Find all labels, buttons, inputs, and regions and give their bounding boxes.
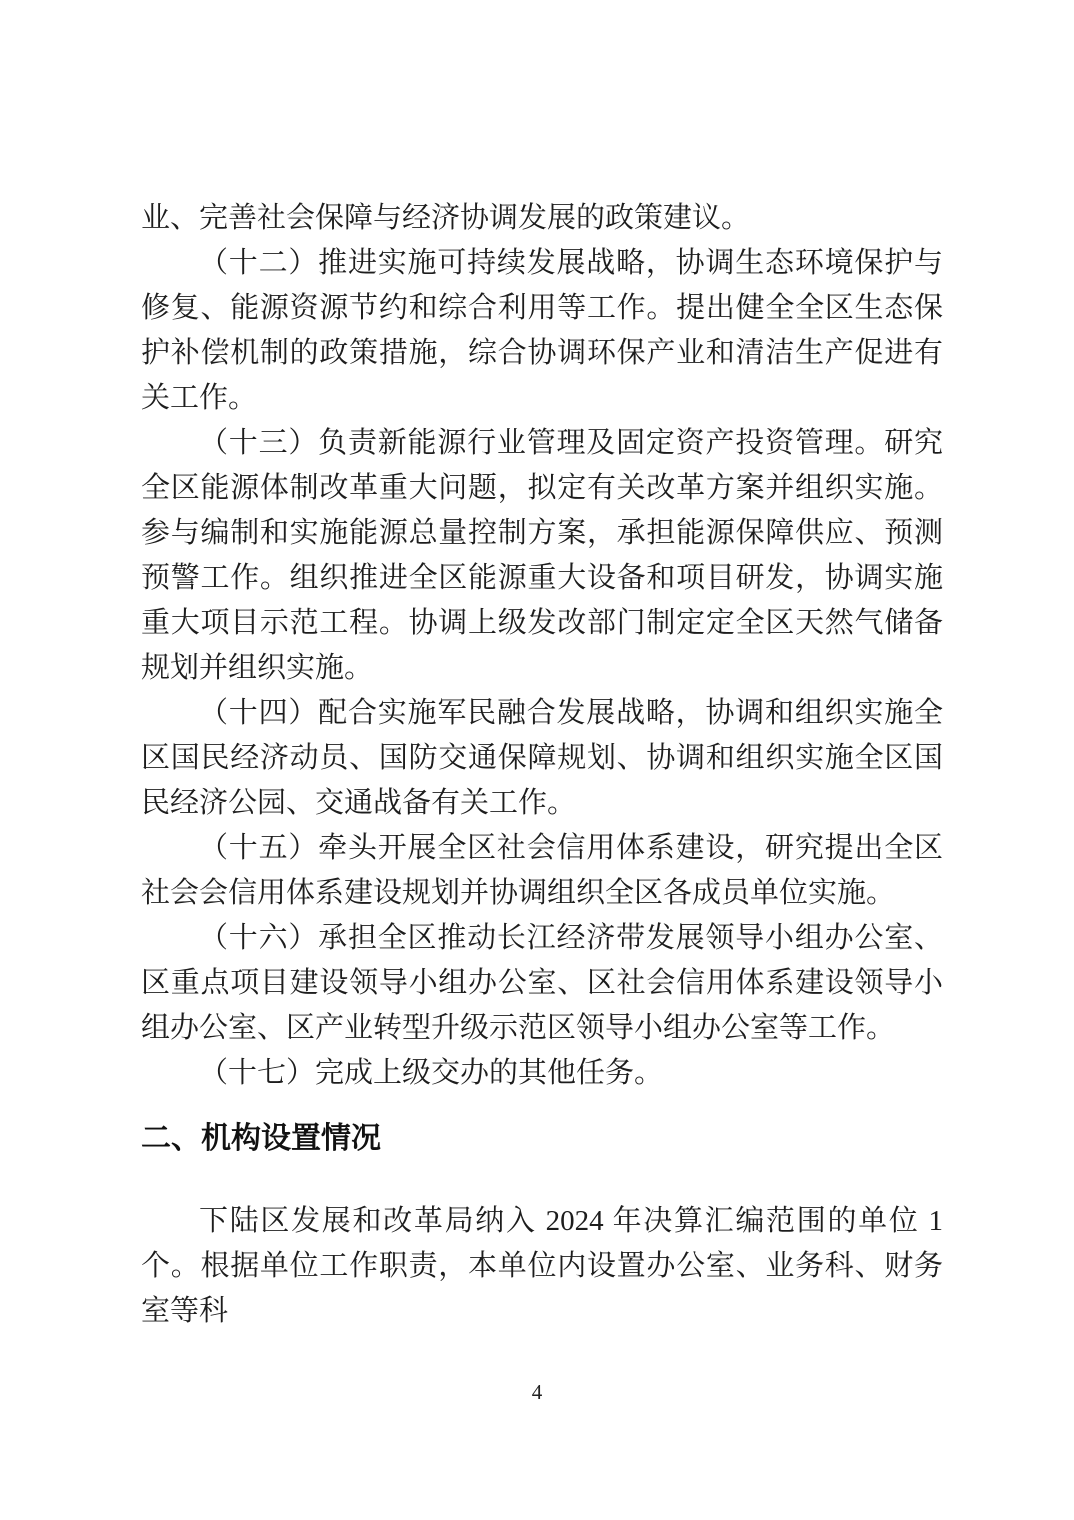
paragraph-org-setup: 下陆区发展和改革局纳入 2024 年决算汇编范围的单位 1 个。根据单位工作职责… [141,1199,943,1334]
page-number: 4 [532,1380,543,1404]
page-content: 业、完善社会保障与经济协调发展的政策建议。 （十二）推进实施可持续发展战略，协调… [141,196,943,1334]
paragraph-item-15: （十五）牵头开展全区社会信用体系建设，研究提出全区社会会信用体系建设规划并协调组… [141,826,943,916]
paragraph-item-13: （十三）负责新能源行业管理及固定资产投资管理。研究全区能源体制改革重大问题，拟定… [141,421,943,691]
paragraph-continuation: 业、完善社会保障与经济协调发展的政策建议。 [141,196,943,241]
paragraph-item-16: （十六）承担全区推动长江经济带发展领导小组办公室、区重点项目建设领导小组办公室、… [141,916,943,1051]
section-heading: 二、机构设置情况 [141,1116,943,1161]
page-footer: 4 [0,1378,1074,1406]
paragraph-item-14: （十四）配合实施军民融合发展战略，协调和组织实施全区国民经济动员、国防交通保障规… [141,691,943,826]
document-page: 业、完善社会保障与经济协调发展的政策建议。 （十二）推进实施可持续发展战略，协调… [0,0,1074,1520]
paragraph-item-12: （十二）推进实施可持续发展战略，协调生态环境保护与修复、能源资源节约和综合利用等… [141,241,943,421]
paragraph-item-17: （十七）完成上级交办的其他任务。 [141,1051,943,1096]
